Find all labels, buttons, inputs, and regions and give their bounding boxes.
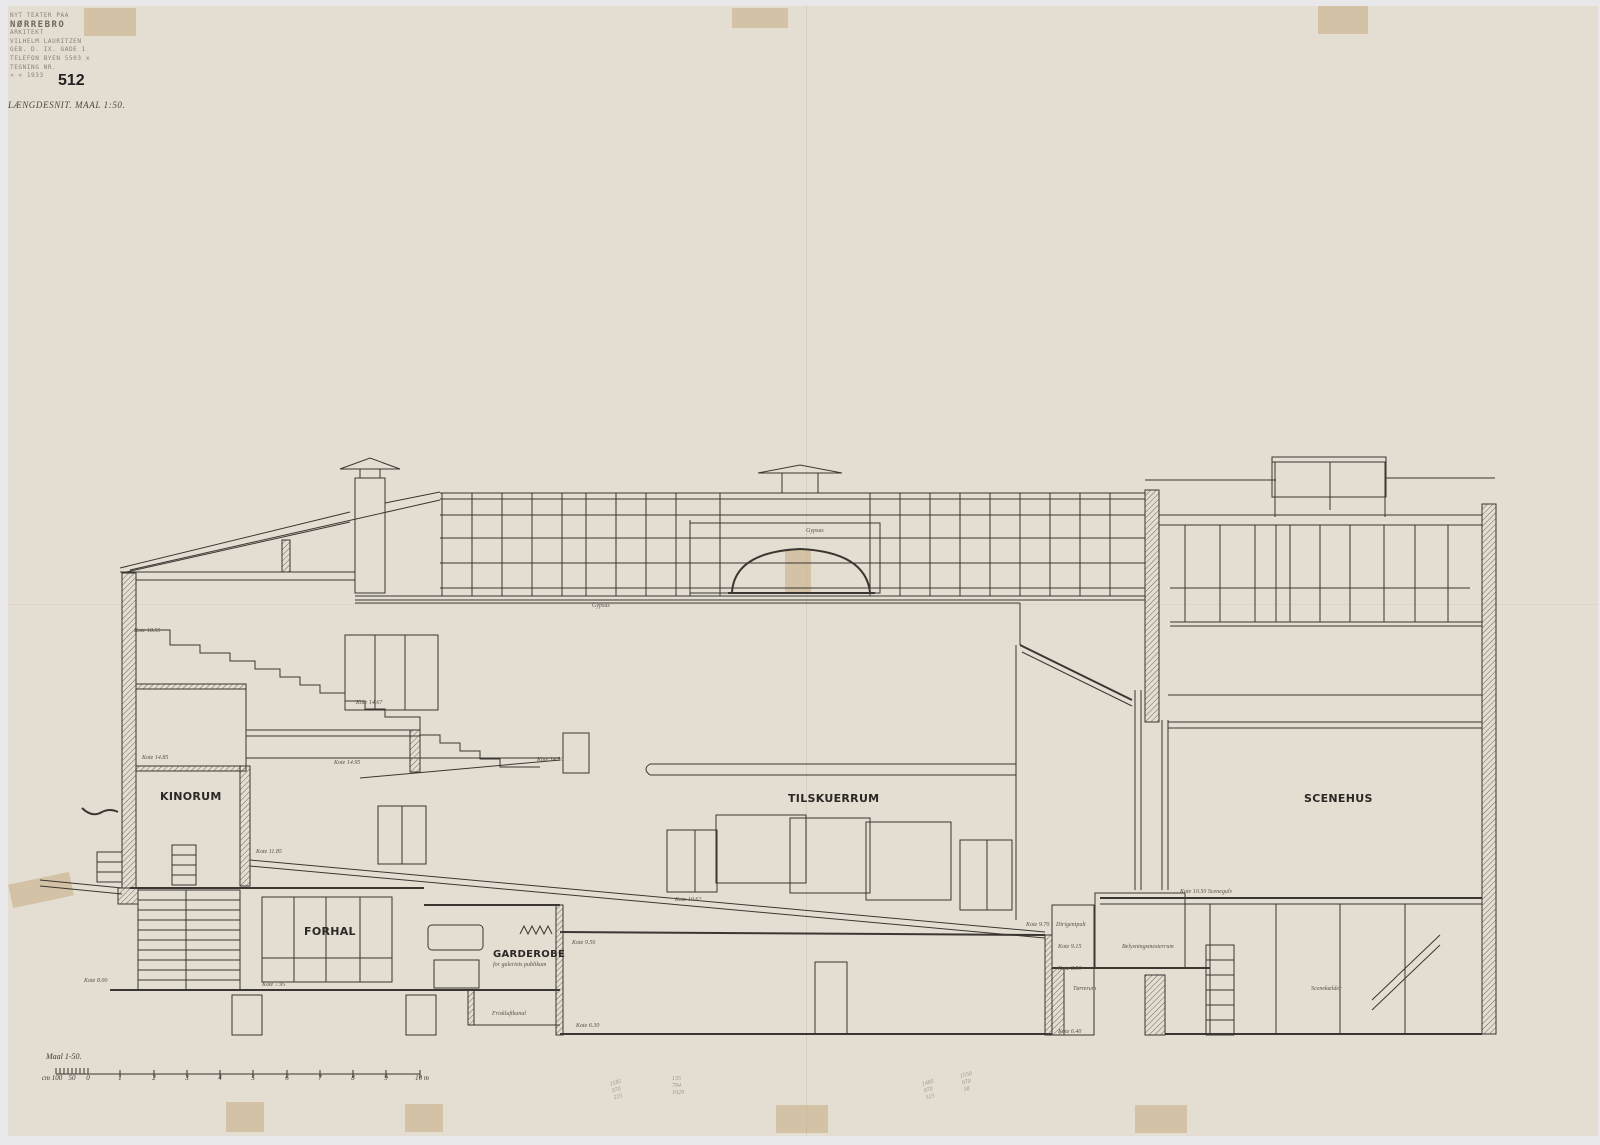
level-note: Kote 14.85	[142, 755, 168, 761]
room-note-torrerum: Tørrerum	[1073, 986, 1096, 992]
scale-label: 50	[69, 1074, 76, 1082]
calc-value: 794	[672, 1083, 684, 1090]
level-note: Kote 6.30	[576, 1023, 599, 1029]
pencil-calculation: 135 794 1029	[672, 1076, 684, 1097]
level-note: Kote 10.50 Scenegulv	[1180, 889, 1232, 895]
gypsum-note-ceiling: Gypsus	[592, 603, 610, 609]
scale-label: 10 m	[415, 1074, 429, 1082]
scale-label: 7	[318, 1074, 322, 1082]
level-note: Kote 10.62	[675, 897, 701, 903]
level-note: Kote 18.55	[134, 628, 160, 634]
room-label-forhal: FORHAL	[304, 925, 356, 938]
scale-label: 4	[218, 1074, 222, 1082]
room-note-friskluftkanal: Friskluftkanal	[492, 1011, 526, 1017]
level-note: Kote 6.40	[1058, 1029, 1081, 1035]
room-note-belysningsmester: Belysningsmesterrum	[1122, 944, 1174, 950]
scale-bar-title: Maal 1-50.	[46, 1052, 82, 1061]
level-note: Kote 7.95	[262, 982, 285, 988]
room-label-scenehus: SCENEHUS	[1304, 792, 1373, 805]
level-note: Kote 14.50	[537, 757, 563, 763]
calc-value: 135	[672, 1076, 684, 1083]
gypsum-note-dome: Gypsus	[806, 528, 824, 534]
scale-label: 6	[285, 1074, 289, 1082]
scale-label: 3	[185, 1074, 189, 1082]
level-note: Kote 11.85	[256, 849, 282, 855]
level-note: Kote 8.00	[84, 978, 107, 984]
level-note: Kote 9.15	[1058, 944, 1081, 950]
room-note-scenekaelder: Scenekælder	[1311, 986, 1341, 992]
section-drawing	[0, 0, 1600, 1145]
room-note-dirigentpult: Dirigentpult	[1056, 922, 1086, 928]
level-note: Kote 9.56	[572, 940, 595, 946]
scale-label: 2	[152, 1074, 156, 1082]
room-label-garderobe: GARDEROBE	[493, 949, 565, 960]
level-note: Kote 14.67	[356, 700, 382, 706]
scale-label: 1	[118, 1074, 122, 1082]
scale-label: 5	[251, 1074, 255, 1082]
scale-label: 0	[86, 1074, 90, 1082]
scale-label: cm 100	[42, 1074, 62, 1082]
calc-value: 1029	[672, 1090, 684, 1097]
room-label-kinorum: KINORUM	[160, 790, 222, 803]
level-note: Kote 9.70	[1026, 922, 1049, 928]
scale-label: 9	[384, 1074, 388, 1082]
garderobe-subtitle: for galeriets publikum	[493, 962, 546, 968]
scale-label: 8	[351, 1074, 355, 1082]
level-note: Kote 14.95	[334, 760, 360, 766]
room-label-tilskuerrum: TILSKUERRUM	[788, 792, 879, 805]
level-note: Kote 8.50	[1058, 966, 1081, 972]
